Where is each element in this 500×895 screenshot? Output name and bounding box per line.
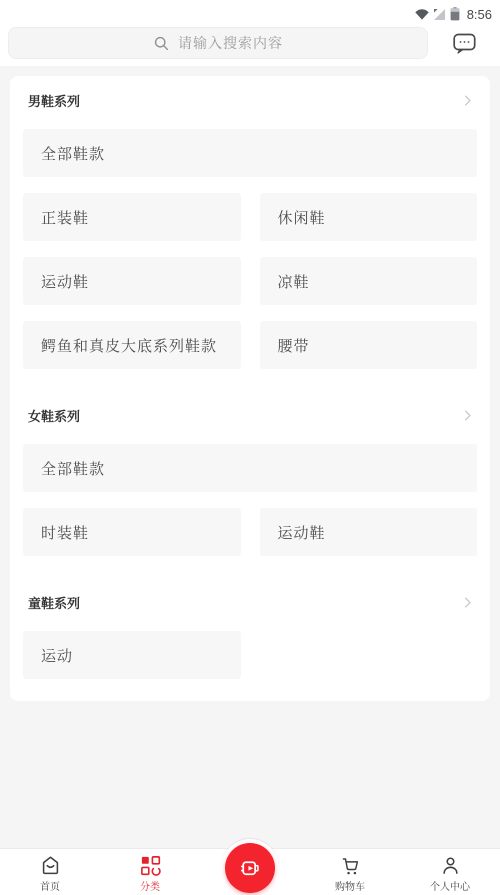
category-section: 男鞋系列 全部鞋款 正装鞋 休闲鞋 运动鞋 凉鞋 鳄鱼和真皮大底系列鞋款 腰带 [23,90,477,369]
section-title: 童鞋系列 [28,593,80,612]
section-header[interactable]: 男鞋系列 [28,90,475,110]
section-header[interactable]: 女鞋系列 [28,405,475,425]
tab-category[interactable]: 分类 [100,849,200,895]
user-icon [439,854,462,877]
category-item-label: 全部鞋款 [41,143,105,164]
search-row: 请输入搜索内容 [0,24,500,62]
chevron-right-icon [460,595,475,610]
section-grid: 运动 [23,631,477,679]
home-icon [39,854,62,877]
category-item[interactable]: 运动 [23,631,241,679]
no-sim-icon [434,9,445,20]
category-item-label: 正装鞋 [41,207,89,228]
category-item-label: 时装鞋 [41,522,89,543]
section-title: 男鞋系列 [28,91,80,110]
magnifier-icon [153,35,170,52]
category-item-label: 运动鞋 [278,522,326,543]
category-item[interactable]: 凉鞋 [260,257,478,305]
section-header[interactable]: 童鞋系列 [28,592,475,612]
message-button[interactable] [428,31,500,56]
category-item[interactable]: 正装鞋 [23,193,241,241]
top-header: 8:56 请输入搜索内容 [0,0,500,66]
category-item[interactable]: 运动鞋 [23,257,241,305]
category-section: 女鞋系列 全部鞋款 时装鞋 运动鞋 [23,405,477,556]
category-item[interactable]: 全部鞋款 [23,129,477,177]
category-item[interactable]: 运动鞋 [260,508,478,556]
category-card: 男鞋系列 全部鞋款 正装鞋 休闲鞋 运动鞋 凉鞋 鳄鱼和真皮大底系列鞋款 腰带 … [10,76,490,701]
category-item-label: 全部鞋款 [41,458,105,479]
status-time: 8:56 [467,7,492,22]
category-item-label: 腰带 [278,335,310,356]
category-section: 童鞋系列 运动 [23,592,477,679]
status-bar: 8:56 [0,0,500,24]
category-item[interactable]: 鳄鱼和真皮大底系列鞋款 [23,321,241,369]
tab-home-label: 首页 [40,878,60,893]
tab-cart-label: 购物车 [335,878,365,893]
video-camera-play-icon [237,855,264,882]
bottom-tab-bar: 首页 分类 [0,848,500,895]
section-grid: 全部鞋款 正装鞋 休闲鞋 运动鞋 凉鞋 鳄鱼和真皮大底系列鞋款 腰带 [23,129,477,369]
category-item[interactable]: 全部鞋款 [23,444,477,492]
section-grid: 全部鞋款 时装鞋 运动鞋 [23,444,477,556]
search-input[interactable]: 请输入搜索内容 [8,27,428,59]
category-item[interactable]: 时装鞋 [23,508,241,556]
cart-icon [339,854,362,877]
category-item-label: 凉鞋 [278,271,310,292]
category-grid-icon [139,854,162,877]
chat-bubble-icon [451,31,478,56]
app-screen: 8:56 请输入搜索内容 [0,0,500,895]
category-item-label: 运动 [41,645,73,666]
chevron-right-icon [460,408,475,423]
category-item-label: 运动鞋 [41,271,89,292]
wifi-icon [415,9,429,20]
tab-category-label: 分类 [140,878,160,893]
section-title: 女鞋系列 [28,406,80,425]
tab-home[interactable]: 首页 [0,849,100,895]
chevron-right-icon [460,93,475,108]
search-placeholder: 请输入搜索内容 [178,33,283,53]
category-item-label: 休闲鞋 [278,207,326,228]
category-item[interactable]: 腰带 [260,321,478,369]
battery-icon [450,7,460,21]
category-item[interactable]: 休闲鞋 [260,193,478,241]
tab-profile[interactable]: 个人中心 [400,849,500,895]
category-item-label: 鳄鱼和真皮大底系列鞋款 [41,335,217,356]
tab-video-center [200,849,300,895]
tab-cart[interactable]: 购物车 [300,849,400,895]
video-play-button[interactable] [225,843,275,893]
center-notch [221,839,279,895]
tab-profile-label: 个人中心 [430,878,470,893]
